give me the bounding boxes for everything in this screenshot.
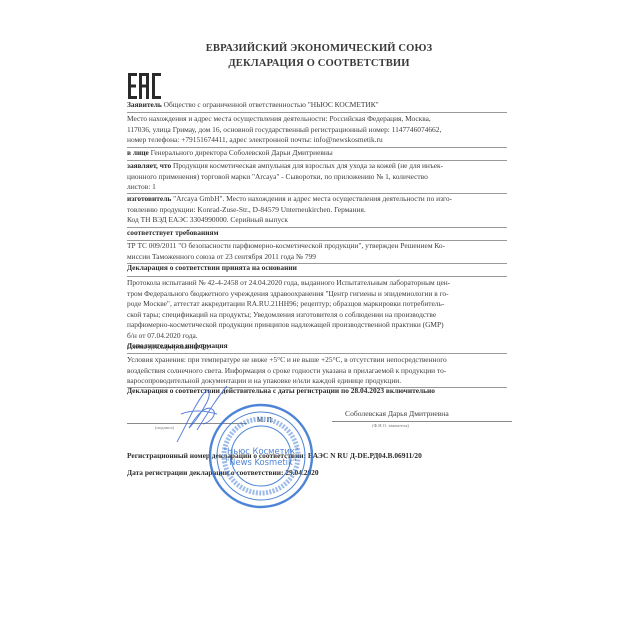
svg-text:"News Kosmetik": "News Kosmetik" <box>225 457 296 467</box>
signature-icon <box>167 384 237 444</box>
basis-line: Протокола испытаний № 42-4-2458 от 24.04… <box>127 278 511 289</box>
basis-line: парфюмерно-косметической продукции принц… <box>127 320 511 331</box>
represented-by-label: в лице <box>127 148 149 157</box>
divider <box>127 276 507 277</box>
applicant-value: Общество с ограниченной ответственностью… <box>164 100 379 109</box>
applicant-name: Соболевская Дарья Дмитриевна <box>345 409 495 420</box>
additional-line: воздействия солнечного света. Информация… <box>127 366 511 377</box>
address-line: 117036, улица Гримау, дом 16, основной г… <box>127 125 511 136</box>
additional-block: Условия хранения: при температуре не ниж… <box>127 355 511 387</box>
manufacturer-line: товлению продукции: Konrad-Zuse-Str., D-… <box>127 205 511 216</box>
declares-line: ционного применения) торговой марки "Arc… <box>127 172 511 183</box>
manufacturer-line: Код ТН ВЭД ЕАЭС 3304990000. Серийный вып… <box>127 215 511 226</box>
basis-line: тром Федерального бюджетного учреждения … <box>127 289 511 300</box>
title-union: ЕВРАЗИЙСКИЙ ЭКОНОМИЧЕСКИЙ СОЮЗ <box>127 43 511 54</box>
manufacturer-line: "Arcaya GmbH". Место нахождения и адрес … <box>173 194 452 203</box>
basis-line: ской тары; спецификаций на продукты; Уве… <box>127 310 511 321</box>
eac-logo-icon <box>127 72 163 100</box>
manufacturer-block: изготовитель "Arcaya GmbH". Место нахожд… <box>127 194 511 226</box>
registration-number-row: Регистрационный номер декларации о соотв… <box>127 451 511 462</box>
declares-block: заявляет, что Продукция косметическая ам… <box>127 161 511 193</box>
name-line <box>332 421 512 422</box>
complies-line: ТР ТС 009/2011 "О безопасности парфюмерн… <box>127 241 511 252</box>
name-caption: (Ф.И.О. заявителя) <box>372 423 409 428</box>
manufacturer-label: изготовитель <box>127 194 171 203</box>
complies-line: миссии Таможенного союза от 23 сентября … <box>127 252 511 263</box>
divider <box>127 353 507 354</box>
divider <box>127 112 507 113</box>
applicant-address: Место нахождения и адрес места осуществл… <box>127 114 511 146</box>
svg-text:"Ньюс Косметик": "Ньюс Косметик" <box>223 446 299 456</box>
declares-line: Продукция косметическая ампульная для вз… <box>173 161 443 170</box>
complies-label: соответствует требованиям <box>127 228 511 239</box>
title-declaration: ДЕКЛАРАЦИЯ О СООТВЕТСТВИИ <box>127 58 511 69</box>
declares-line: листов: 1 <box>127 182 511 193</box>
represented-by-value: Генерального директора Соболевской Дарьи… <box>151 148 333 157</box>
address-line: номер телефона: +79151674411, адрес элек… <box>127 135 511 146</box>
represented-by-row: в лице Генерального директора Соболевско… <box>127 148 511 159</box>
additional-label: Дополнительная информация <box>127 341 511 352</box>
address-line: Место нахождения и адрес места осуществл… <box>127 114 511 125</box>
basis-line: б/н от 07.04.2020 года. <box>127 331 511 342</box>
complies-block: ТР ТС 009/2011 "О безопасности парфюмерн… <box>127 241 511 262</box>
registration-date-row: Дата регистрации декларации о соответств… <box>127 468 511 479</box>
basis-line: роде Москве", аттестат аккредитации RA.R… <box>127 299 511 310</box>
basis-label: Декларация о соответствии принята на осн… <box>127 263 511 274</box>
additional-line: Условия хранения: при температуре не ниж… <box>127 355 511 366</box>
registration-number: ЕАЭС N RU Д-DE.РД04.В.06911/20 <box>308 451 422 460</box>
applicant-row: Заявитель Общество с ограниченной ответс… <box>127 100 511 111</box>
declares-label: заявляет, что <box>127 161 171 170</box>
applicant-label: Заявитель <box>127 100 162 109</box>
